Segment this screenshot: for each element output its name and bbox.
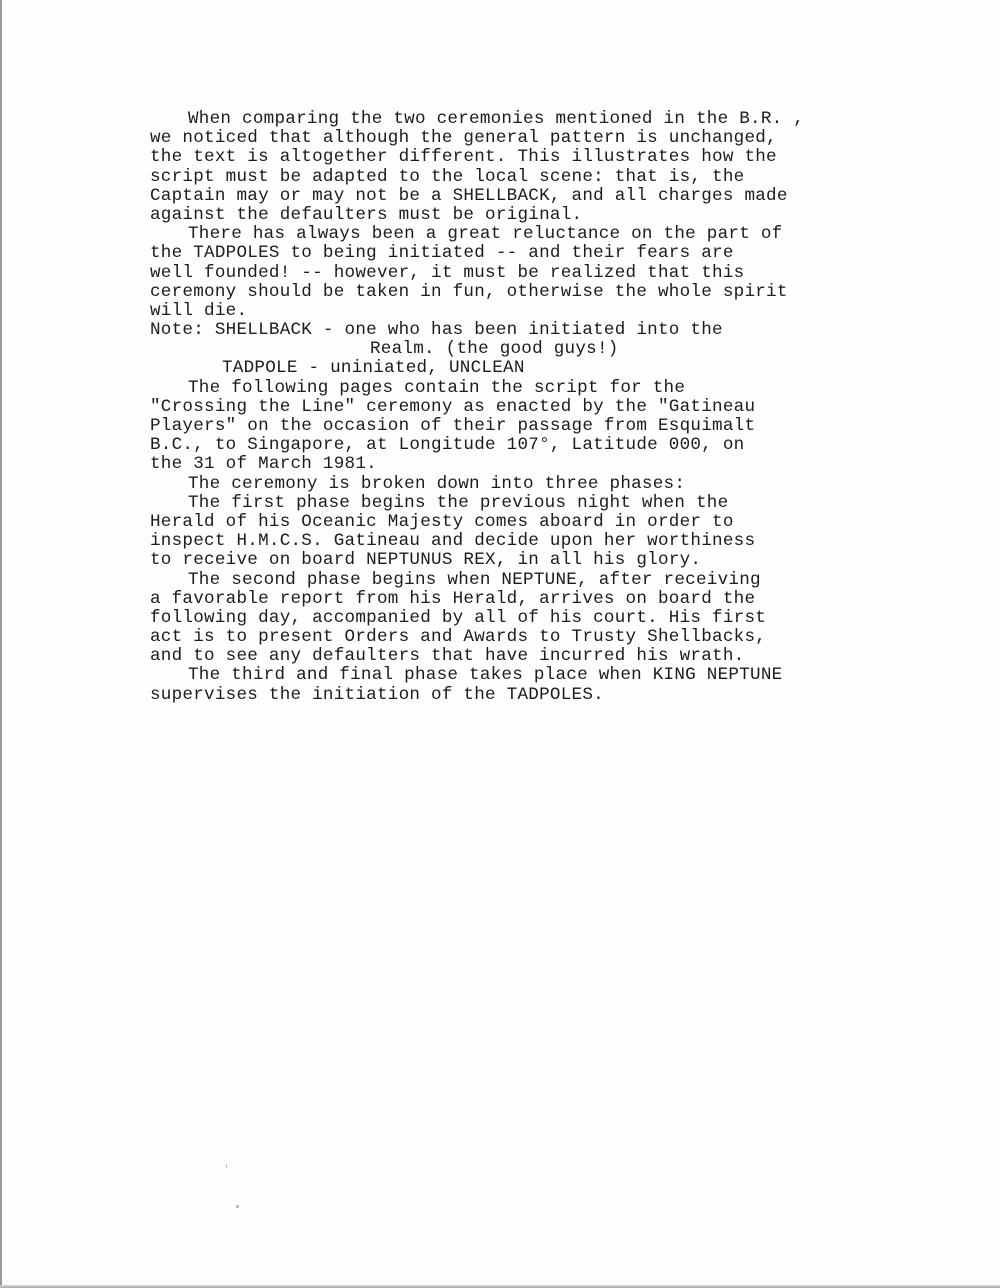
scanned-page: When comparing the two ceremonies mentio… — [0, 0, 1000, 1288]
text-line: "Crossing the Line" ceremony as enacted … — [150, 398, 890, 417]
text-line: Captain may or may not be a SHELLBACK, a… — [150, 187, 890, 206]
text-line: The following pages contain the script f… — [150, 379, 890, 398]
text-line: the TADPOLES to being initiated -- and t… — [150, 244, 890, 263]
text-line: The ceremony is broken down into three p… — [150, 475, 890, 494]
text-line: a favorable report from his Herald, arri… — [150, 590, 890, 609]
text-line: When comparing the two ceremonies mentio… — [150, 110, 890, 129]
text-line: script must be adapted to the local scen… — [150, 168, 890, 187]
text-line: to receive on board NEPTUNUS REX, in all… — [150, 551, 890, 570]
text-line: The third and final phase takes place wh… — [150, 666, 890, 685]
scan-speck — [236, 1205, 239, 1208]
text-line: against the defaulters must be original. — [150, 206, 890, 225]
scan-left-edge — [0, 0, 2, 1288]
text-line: following day, accompanied by all of his… — [150, 609, 890, 628]
text-line: B.C., to Singapore, at Longitude 107°, L… — [150, 436, 890, 455]
note-tadpole-line: TADPOLE - uniniated, UNCLEAN — [150, 359, 890, 378]
text-line: supervises the initiation of the TADPOLE… — [150, 686, 890, 705]
text-line: will die. — [150, 302, 890, 321]
text-line: well founded! -- however, it must be rea… — [150, 264, 890, 283]
text-line: There has always been a great reluctance… — [150, 225, 890, 244]
text-line: Players" on the occasion of their passag… — [150, 417, 890, 436]
text-line: act is to present Orders and Awards to T… — [150, 628, 890, 647]
text-line: inspect H.M.C.S. Gatineau and decide upo… — [150, 532, 890, 551]
text-line: we noticed that although the general pat… — [150, 129, 890, 148]
text-line: Herald of his Oceanic Majesty comes aboa… — [150, 513, 890, 532]
text-line: the 31 of March 1981. — [150, 455, 890, 474]
text-line: ceremony should be taken in fun, otherwi… — [150, 283, 890, 302]
text-line: The second phase begins when NEPTUNE, af… — [150, 571, 890, 590]
scan-speck — [226, 1164, 227, 1168]
note-shellback-line: Note: SHELLBACK - one who has been initi… — [150, 321, 890, 340]
text-line: the text is altogether different. This i… — [150, 148, 890, 167]
typewritten-body: When comparing the two ceremonies mentio… — [150, 110, 890, 705]
text-line: and to see any defaulters that have incu… — [150, 647, 890, 666]
note-shellback-continuation: Realm. (the good guys!) — [150, 340, 890, 359]
text-line: The first phase begins the previous nigh… — [150, 494, 890, 513]
